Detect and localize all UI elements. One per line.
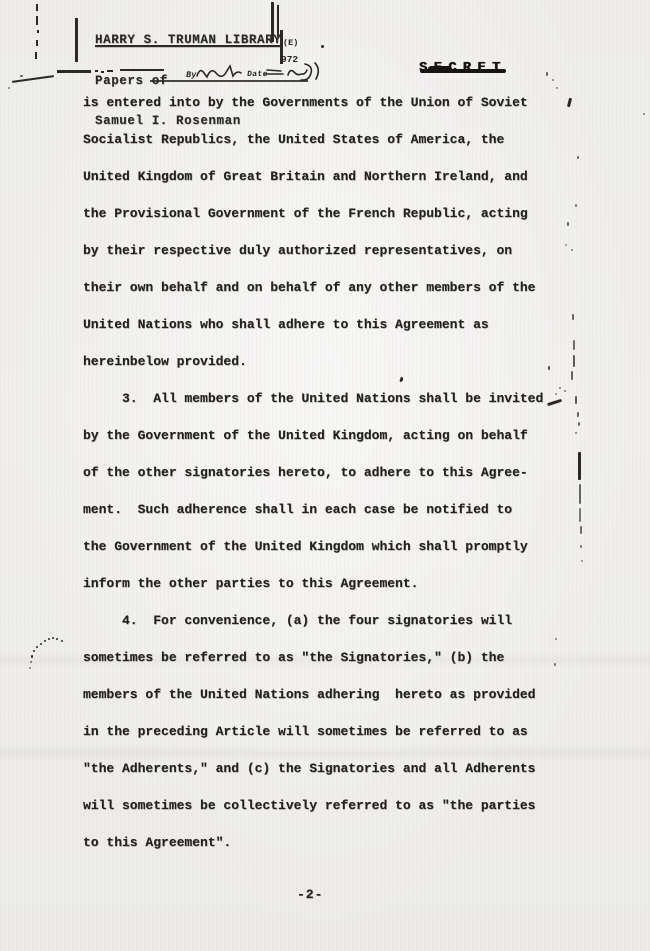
scan-artifact (56, 638, 58, 640)
scan-artifact (581, 560, 583, 562)
scan-artifact (580, 526, 582, 534)
document-line: inform the other parties to this Agreeme… (83, 565, 563, 602)
scan-artifact (29, 667, 31, 669)
scan-artifact (44, 640, 46, 642)
scan-artifact (573, 340, 575, 350)
signature-scribble (145, 58, 320, 84)
document-line: ment. Such adherence shall in each case … (83, 491, 563, 528)
scrawl-dash (12, 75, 54, 83)
document-line: United Nations who shall adhere to this … (83, 306, 563, 343)
scan-artifact (30, 661, 32, 663)
scan-artifact (643, 113, 645, 115)
scan-artifact (40, 643, 42, 645)
scan-artifact (580, 545, 582, 548)
stamp-left-bar (75, 18, 78, 62)
scan-artifact (20, 75, 23, 77)
scrawl-dash (107, 70, 113, 72)
document-line: will sometimes be collectively referred … (83, 787, 563, 824)
scan-artifact (577, 156, 579, 159)
scan-artifact (555, 393, 557, 395)
scan-artifact (578, 422, 580, 426)
document-line: their own behalf and on behalf of any ot… (83, 269, 563, 306)
document-line: of the other signatories hereto, to adhe… (83, 454, 563, 491)
scan-artifact (556, 87, 558, 89)
scan-artifact (578, 452, 581, 480)
scan-artifact (31, 655, 33, 658)
document-line: Socialist Republics, the United States o… (83, 121, 563, 158)
scan-artifact (548, 366, 550, 370)
document-line: to this Agreement". (83, 824, 563, 861)
scan-artifact (552, 79, 554, 81)
scan-artifact (321, 45, 324, 48)
scrawl-dash (57, 70, 91, 73)
scan-artifact (36, 646, 38, 648)
scrawl-dash (101, 71, 104, 73)
document-line: hereinbelow provided. (83, 343, 563, 380)
document-line: United Kingdom of Great Britain and Nort… (83, 158, 563, 195)
stamp-library-name: HARRY S. TRUMAN LIBRARY (95, 34, 281, 48)
stamp-right-bar (271, 2, 274, 42)
scan-artifact (555, 638, 557, 640)
scan-artifact (575, 204, 577, 207)
document-line: 3. All members of the United Nations sha… (83, 380, 563, 417)
scan-artifact (577, 412, 579, 417)
scan-artifact (575, 432, 577, 434)
document-line: is entered into by the Governments of th… (83, 84, 563, 121)
scan-artifact (567, 222, 569, 226)
page-number: -2- (297, 887, 323, 902)
scan-artifact (554, 663, 556, 666)
document-line: the Provisional Government of the French… (83, 195, 563, 232)
scan-artifact (571, 249, 573, 251)
scanned-document-page: HARRY S. TRUMAN LIBRARY Papers of Samuel… (0, 0, 650, 951)
scan-artifact (565, 244, 567, 246)
scrawl-dash (95, 70, 98, 72)
scan-artifact (48, 638, 50, 640)
scan-artifact (559, 387, 561, 389)
classification-strike (428, 66, 452, 73)
document-line: sometimes be referred to as "the Signato… (83, 639, 563, 676)
document-line: by the Government of the United Kingdom,… (83, 417, 563, 454)
scan-artifact (61, 640, 63, 642)
document-body: is entered into by the Governments of th… (83, 84, 563, 861)
scan-artifact (573, 355, 575, 367)
scan-artifact (572, 314, 574, 320)
scan-artifact (571, 371, 573, 380)
document-line: in the preceding Article will sometimes … (83, 713, 563, 750)
document-line: "the Adherents," and (c) the Signatories… (83, 750, 563, 787)
scan-artifact (564, 390, 566, 392)
document-line: members of the United Nations adhering h… (83, 676, 563, 713)
scan-artifact (579, 508, 581, 522)
document-line: the Government of the United Kingdom whi… (83, 528, 563, 565)
scan-artifact (33, 650, 35, 652)
scan-artifact (579, 484, 581, 504)
document-line: 4. For convenience, (a) the four signato… (83, 602, 563, 639)
scan-artifact (575, 396, 577, 404)
scan-artifact (567, 98, 572, 107)
scan-artifact (546, 72, 548, 76)
scan-artifact (52, 637, 54, 639)
scan-artifact (8, 87, 10, 89)
stamp-margin-note-e: (E) (283, 38, 298, 48)
stamp-right-bar2 (277, 5, 279, 37)
document-line: by their respective duly authorized repr… (83, 232, 563, 269)
